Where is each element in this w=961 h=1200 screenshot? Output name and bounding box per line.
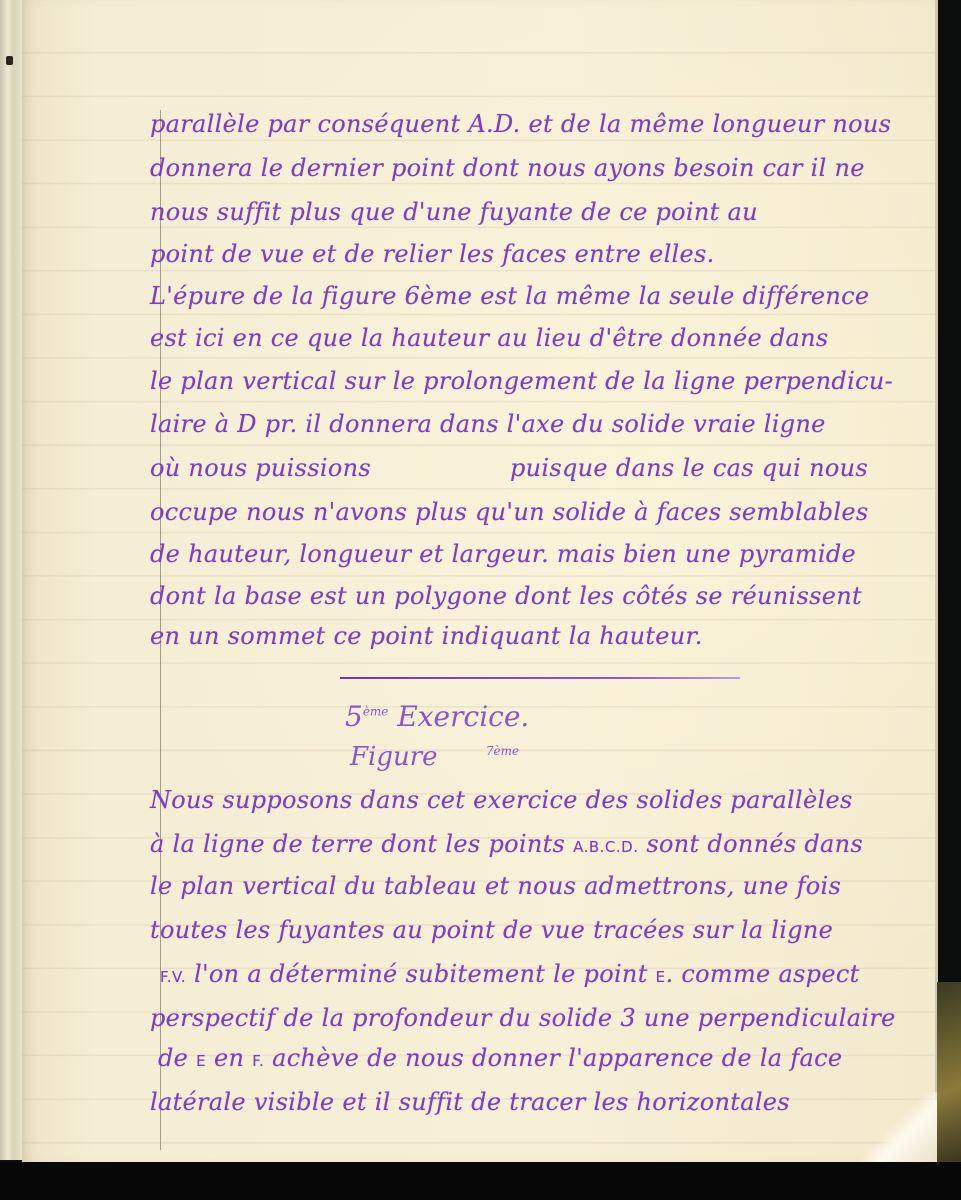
text-fragment: l'on a déterminé subitement le point bbox=[194, 960, 648, 988]
text-line: puisque dans le cas qui nous bbox=[510, 456, 868, 480]
figure-label: Figure bbox=[350, 742, 438, 772]
text-line: donnera le dernier point dont nous ayons… bbox=[150, 156, 865, 180]
line-label: F.V. bbox=[160, 968, 186, 986]
page-corner-curl bbox=[858, 1092, 938, 1162]
point-label: F. bbox=[252, 1052, 264, 1070]
text-fragment: achève de nous donner l'apparence de la … bbox=[272, 1044, 842, 1072]
text-line: toutes les fuyantes au point de vue trac… bbox=[150, 918, 833, 942]
text-line: point de vue et de relier les faces entr… bbox=[150, 242, 715, 266]
exercise-title: Exercice. bbox=[397, 700, 529, 733]
binding-stitch-hole bbox=[6, 56, 13, 65]
text-line: à la ligne de terre dont les points A.B.… bbox=[150, 832, 863, 856]
bookmark-ribbon bbox=[937, 982, 961, 1162]
text-line: perspectif de la profondeur du solide 3 … bbox=[150, 1006, 896, 1030]
point-label: E bbox=[656, 968, 666, 986]
text-fragment: à la ligne de terre dont les points bbox=[150, 830, 565, 858]
text-line: est ici en ce que la hauteur au lieu d'ê… bbox=[150, 326, 829, 350]
background-surface bbox=[0, 1162, 961, 1200]
text-line: latérale visible et il suffit de tracer … bbox=[150, 1090, 790, 1114]
section-divider bbox=[340, 677, 740, 679]
text-line: L'épure de la figure 6ème est la même la… bbox=[150, 284, 869, 308]
text-line: Nous supposons dans cet exercice des sol… bbox=[150, 788, 853, 812]
text-line: de E en F. achève de nous donner l'appar… bbox=[158, 1046, 842, 1070]
text-line: de hauteur, longueur et largeur. mais bi… bbox=[150, 542, 856, 566]
points-label: A.B.C.D. bbox=[573, 838, 638, 856]
text-line: dont la base est un polygone dont les cô… bbox=[150, 584, 862, 608]
text-fragment: de bbox=[158, 1044, 188, 1072]
exercise-heading: 5ème Exercice. bbox=[345, 700, 529, 733]
notebook-binding bbox=[0, 0, 23, 1160]
exercise-number-suffix: ème bbox=[363, 705, 389, 719]
text-line: parallèle par conséquent A.D. et de la m… bbox=[150, 112, 891, 136]
point-label: E bbox=[196, 1052, 206, 1070]
exercise-number: 5 bbox=[345, 700, 363, 733]
text-line: laire à D pr. il donnera dans l'axe du s… bbox=[150, 412, 826, 436]
figure-heading: Figure 7ème bbox=[350, 742, 519, 772]
text-line: nous suffit plus que d'une fuyante de ce… bbox=[150, 200, 758, 224]
text-line: où nous puissions bbox=[150, 456, 371, 480]
text-line: F.V. l'on a déterminé subitement le poin… bbox=[160, 962, 860, 986]
text-line: occupe nous n'avons plus qu'un solide à … bbox=[150, 500, 868, 524]
text-line: le plan vertical sur le prolongement de … bbox=[150, 369, 893, 393]
text-fragment: sont donnés dans bbox=[646, 830, 863, 858]
text-fragment: . comme aspect bbox=[666, 960, 860, 988]
figure-number: 7ème bbox=[486, 744, 519, 758]
text-line: en un sommet ce point indiquant la haute… bbox=[150, 624, 703, 648]
text-line: le plan vertical du tableau et nous adme… bbox=[150, 874, 841, 898]
text-fragment: en bbox=[214, 1044, 244, 1072]
